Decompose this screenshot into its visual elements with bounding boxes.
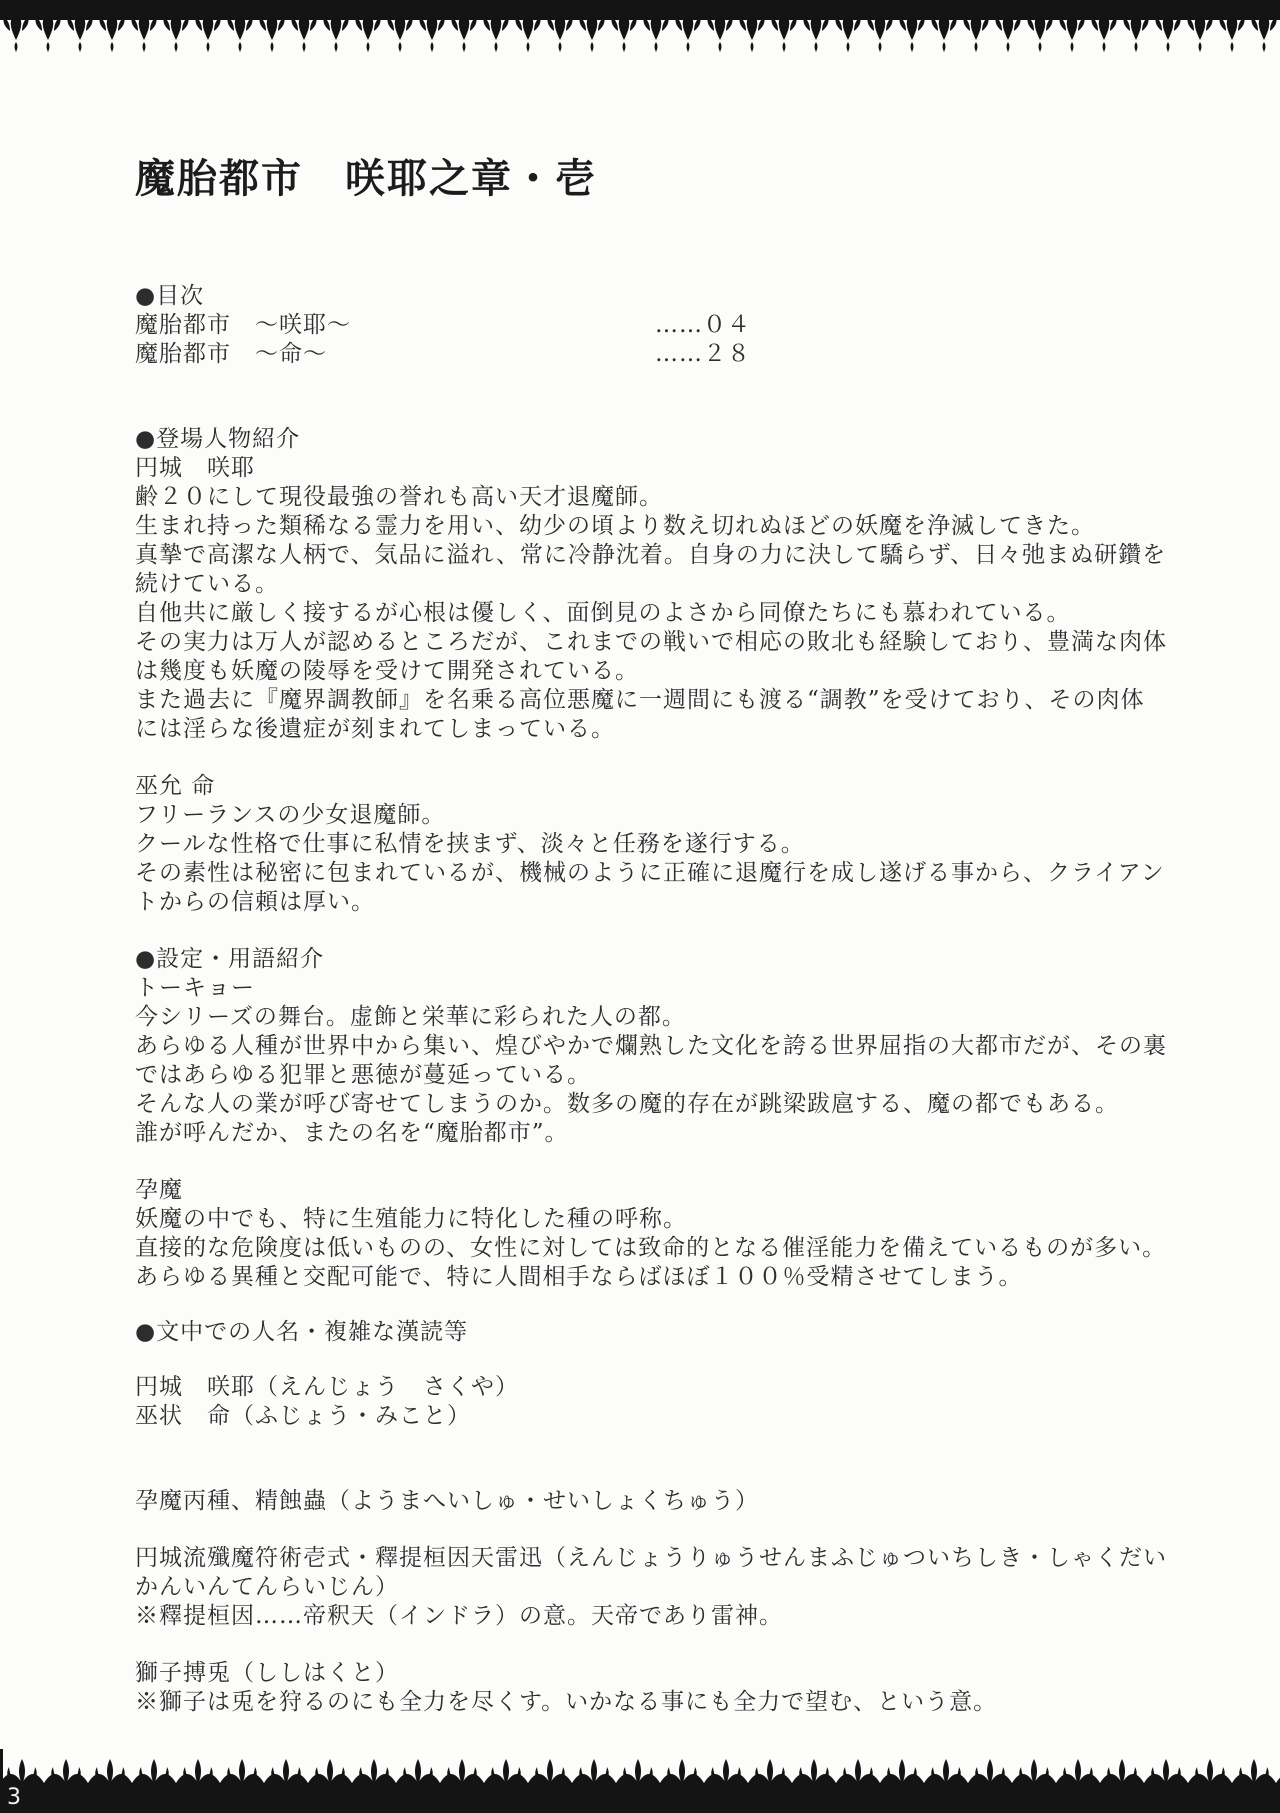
character-name: 巫允 命 [135,772,1195,801]
toc-section: ●目次 魔胎都市 ～咲耶～ ……０４ 魔胎都市 ～命～ ……２８ [135,282,1195,369]
glossary-section: ●文中での人名・複雑な漢読等 円城 咲耶（えんじょう さくや） 巫状 命（ふじょ… [135,1318,1195,1717]
glossary-group: 円城流殲魔符術壱式・釋提桓因天雷迅（えんじょうりゅうせんまふじゅついちしき・しゃ… [135,1544,1195,1631]
text-line: には淫らな後遺症が刻まれてしまっている。 [135,715,1195,744]
term-name: トーキョー [135,974,1195,1003]
page-number: 3 [7,1783,21,1813]
text-line: あらゆる異種と交配可能で、特に人間相手ならばほぼ１００％受精させてしまう。 [135,1263,1195,1292]
toc-item-label: 魔胎都市 ～咲耶～ [135,311,655,340]
setting-entry: トーキョー 今シリーズの舞台。虚飾と栄華に彩られた人の都。 あらゆる人種が世界中… [135,974,1195,1148]
scan-edge-artifact [0,1749,3,1785]
text-line: その素性は秘密に包まれているが、機械のように正確に退魔行を成し遂げる事から、クラ… [135,859,1195,888]
character-entry: 巫允 命 フリーランスの少女退魔師。 クールな性格で仕事に私情を挟まず、淡々と任… [135,772,1195,917]
character-entry: 円城 咲耶 齢２０にして現役最強の誉れも高い天才退魔師。 生まれ持った類稀なる霊… [135,454,1195,744]
text-line: 今シリーズの舞台。虚飾と栄華に彩られた人の都。 [135,1003,1195,1032]
text-line: かんいんてんらいじん） [135,1573,1195,1602]
text-line: 円城流殲魔符術壱式・釋提桓因天雷迅（えんじょうりゅうせんまふじゅついちしき・しゃ… [135,1544,1195,1573]
text-line: あらゆる人種が世界中から集い、煌びやかで爛熟した文化を誇る世界屈指の大都市だが、… [135,1032,1195,1061]
text-line: フリーランスの少女退魔師。 [135,801,1195,830]
characters-section: ●登場人物紹介 円城 咲耶 齢２０にして現役最強の誉れも高い天才退魔師。 生まれ… [135,425,1195,917]
toc-row: 魔胎都市 ～咲耶～ ……０４ [135,311,1195,340]
section-heading: ●登場人物紹介 [135,425,1195,454]
text-line: その実力は万人が認めるところだが、これまでの戦いで相応の敗北も経験しており、豊満… [135,628,1195,657]
toc-row: 魔胎都市 ～命～ ……２８ [135,340,1195,369]
toc-item-label: 魔胎都市 ～命～ [135,340,655,369]
text-line: 真摯で高潔な人柄で、気品に溢れ、常に冷静沈着。自身の力に決して驕らず、日々弛まぬ… [135,541,1195,570]
text-line: ※獅子は兎を狩るのにも全力を尽くす。いかなる事にも全力で望む、という意。 [135,1688,1195,1717]
text-line: 誰が呼んだか、またの名を“魔胎都市”。 [135,1119,1195,1148]
section-heading: ●文中での人名・複雑な漢読等 [135,1318,1195,1347]
glossary-group: 獅子搏兎（ししはくと） ※獅子は兎を狩るのにも全力を尽くす。いかなる事にも全力で… [135,1659,1195,1717]
text-line: 生まれ持った類稀なる霊力を用い、幼少の頃より数え切れぬほどの妖魔を浄滅してきた。 [135,512,1195,541]
text-line: 直接的な危険度は低いものの、女性に対しては致命的となる催淫能力を備えているものが… [135,1234,1195,1263]
toc-item-page: ……２８ [655,340,751,369]
text-line: 妖魔の中でも、特に生殖能力に特化した種の呼称。 [135,1205,1195,1234]
setting-section: ●設定・用語紹介 トーキョー 今シリーズの舞台。虚飾と栄華に彩られた人の都。 あ… [135,945,1195,1292]
text-line: そんな人の業が呼び寄せてしまうのか。数多の魔的存在が跳梁跋扈する、魔の都でもある… [135,1090,1195,1119]
text-line: 自他共に厳しく接するが心根は優しく、面倒見のよさから同僚たちにも慕われている。 [135,599,1195,628]
text-line: は幾度も妖魔の陵辱を受けて開発されている。 [135,657,1195,686]
text-line: 続けている。 [135,570,1195,599]
text-line: ※釋提桓因……帝釈天（インドラ）の意。天帝であり雷神。 [135,1602,1195,1631]
text-line: 巫状 命（ふじょう・みこと） [135,1402,1195,1431]
bottom-ornament-border: 3 [0,1757,1280,1813]
term-name: 孕魔 [135,1176,1195,1205]
glossary-group: 円城 咲耶（えんじょう さくや） 巫状 命（ふじょう・みこと） [135,1373,1195,1431]
text-line: 獅子搏兎（ししはくと） [135,1659,1195,1688]
text-line: トからの信頼は厚い。 [135,888,1195,917]
toc-heading: ●目次 [135,282,1195,311]
page-content: 魔胎都市 咲耶之章・壱 ●目次 魔胎都市 ～咲耶～ ……０４ 魔胎都市 ～命～ … [135,0,1195,1717]
character-name: 円城 咲耶 [135,454,1195,483]
text-line: クールな性格で仕事に私情を挟まず、淡々と任務を遂行する。 [135,830,1195,859]
text-line: 円城 咲耶（えんじょう さくや） [135,1373,1195,1402]
text-line: また過去に『魔界調教師』を名乗る高位悪魔に一週間にも渡る“調教”を受けており、そ… [135,686,1195,715]
scalloped-fleur-de-lis-icon [0,1757,1280,1813]
text-line: 孕魔丙種、精蝕蟲（ようまへいしゅ・せいしょくちゅう） [135,1487,1195,1516]
text-line: ではあらゆる犯罪と悪徳が蔓延っている。 [135,1061,1195,1090]
setting-entry: 孕魔 妖魔の中でも、特に生殖能力に特化した種の呼称。 直接的な危険度は低いものの… [135,1176,1195,1292]
section-heading: ●設定・用語紹介 [135,945,1195,974]
page-title: 魔胎都市 咲耶之章・壱 [135,150,1195,208]
text-line: 齢２０にして現役最強の誉れも高い天才退魔師。 [135,483,1195,512]
toc-item-page: ……０４ [655,311,751,340]
glossary-group: 孕魔丙種、精蝕蟲（ようまへいしゅ・せいしょくちゅう） [135,1487,1195,1516]
